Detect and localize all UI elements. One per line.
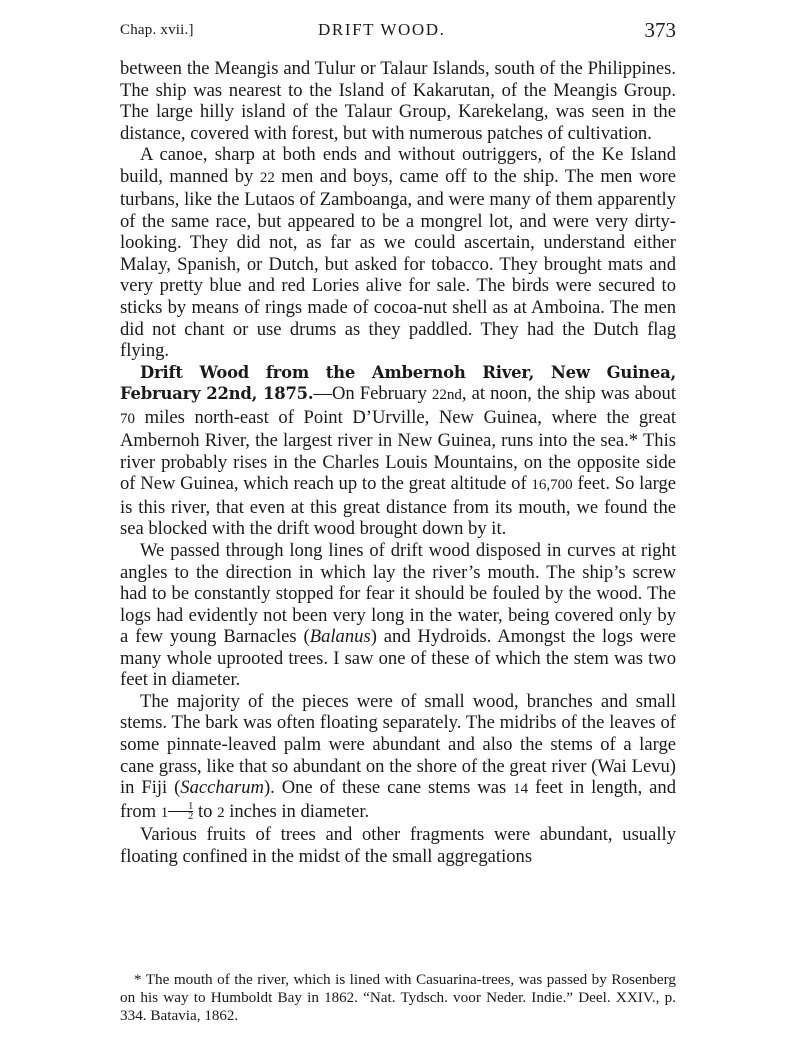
running-head: Chap. xvii.] DRIFT WOOD. 373 xyxy=(120,18,676,48)
paragraph-small-wood: The majority of the pieces were of small… xyxy=(120,691,676,824)
number: 2 xyxy=(217,805,225,821)
text-segment: inches in diameter. xyxy=(225,801,370,822)
number: 1 xyxy=(161,805,169,821)
number: 16,700 xyxy=(531,477,572,493)
text-segment: —On February xyxy=(313,383,432,404)
number: 1862 xyxy=(324,990,354,1006)
paragraph-text: between the Meangis and Tulur or Talaur … xyxy=(120,58,676,144)
fraction-one-half: 12 xyxy=(168,802,193,821)
text-segment: men and boys, came off to the ship. The … xyxy=(120,166,676,361)
body-text: between the Meangis and Tulur or Talaur … xyxy=(120,58,676,867)
paragraph-canoe: A canoe, sharp at both ends and without … xyxy=(120,144,676,361)
paragraph-drift-lines: We passed through long lines of drift wo… xyxy=(120,540,676,691)
text-segment: ). One of these cane stems was xyxy=(264,777,513,798)
paragraph-fruits: Various fruits of trees and other fragme… xyxy=(120,824,676,867)
chapter-label: Chap. xvii.] xyxy=(120,22,194,39)
text-segment: to xyxy=(193,801,217,822)
taxon-name: Balanus xyxy=(310,626,371,647)
paragraph-text: Various fruits of trees and other fragme… xyxy=(120,824,676,867)
paragraph-drift-wood-section: Drift Wood from the Ambernoh River, New … xyxy=(120,362,676,540)
footnote: * The mouth of the river, which is lined… xyxy=(120,971,676,1026)
running-title: DRIFT WOOD. xyxy=(318,20,445,40)
number: 70 xyxy=(120,411,135,427)
paragraph-continued: between the Meangis and Tulur or Talaur … xyxy=(120,58,676,144)
footnote-marker: * xyxy=(134,971,142,988)
number: 1862 xyxy=(204,1008,234,1024)
number: 14 xyxy=(513,781,528,797)
footnote-text: * The mouth of the river, which is lined… xyxy=(120,971,676,1026)
page-number: 373 xyxy=(645,18,677,43)
text-segment: . xyxy=(234,1007,238,1024)
taxon-name: Saccharum xyxy=(180,777,264,798)
number: 22nd xyxy=(432,387,462,403)
number: 22 xyxy=(260,170,275,186)
text-segment: , at noon, the ship was about xyxy=(462,383,676,404)
